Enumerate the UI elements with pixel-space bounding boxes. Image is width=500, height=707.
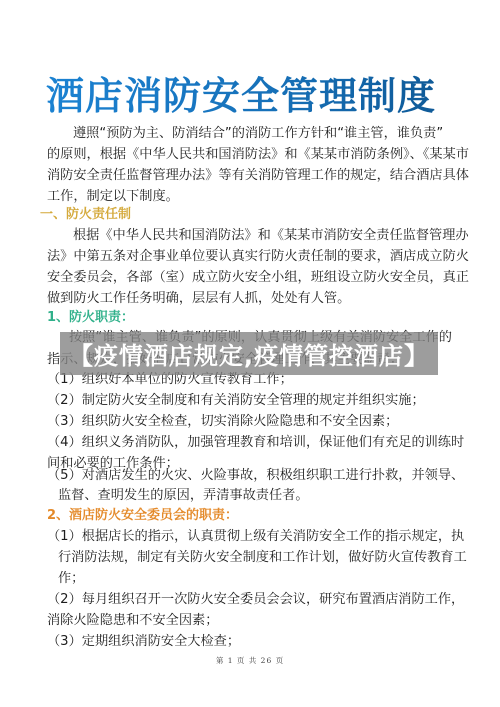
section1-paragraph-line: 法》中第五条对企事业单位要认真实行防火责任制的要求，酒店成立防火 bbox=[47, 247, 469, 267]
sub1-item: （5）对酒店发生的火灾、火险事故，积极组织职工进行扑救，并领导、 bbox=[47, 466, 464, 486]
sub2-item: （3）定期组织消防安全大检查； bbox=[47, 632, 240, 652]
section1-paragraph-line: 安全委员会，各部（室）成立防火安全小组，班组设立防火安全员，真正 bbox=[47, 268, 469, 288]
sub2-item: 行消防法规，制定有关防火安全制度和工作计划，做好防火宣传教育工 bbox=[58, 548, 467, 568]
document-title: 酒店消防安全管理制度 bbox=[46, 74, 466, 118]
sub2-item: 作； bbox=[58, 569, 84, 589]
page-footer: 第 1 页 共 26 页 bbox=[0, 655, 500, 666]
sub1-item: （3）组织防火安全检查，切实消除火险隐患和不安全因素； bbox=[47, 412, 398, 432]
sub1-item: 监督、查明发生的原因，弄清事故责任者。 bbox=[58, 486, 309, 506]
section1-paragraph-line: 根据《中华人民共和国消防法》和《某某市消防安全责任监督管理办 bbox=[73, 226, 469, 246]
overlay-banner-text: 【疫情酒店规定,疫情管控酒店】 bbox=[69, 336, 429, 371]
section1-paragraph-line: 做到防火工作任务明确，层层有人抓，处处有人管。 bbox=[47, 289, 350, 309]
intro-line: 的原则，根据《中华人民共和国消防法》和《某某市消防条例》、《某某市 bbox=[47, 145, 469, 165]
sub2-item: 消除火险隐患和不安全因素； bbox=[47, 611, 218, 631]
intro-line: 工作，制定以下制度。 bbox=[47, 187, 179, 207]
section1-heading: 一、防火责任制 bbox=[40, 205, 131, 225]
intro-line: 消防安全责任监督管理办法》等有关消防管理工作的规定，结合酒店具体 bbox=[47, 166, 469, 186]
intro-line: 遵照“预防为主、防消结合”的消防工作方针和“谁主管，谁负责” bbox=[73, 124, 443, 144]
sub2-item: （1）根据店长的指示，认真贯彻上级有关消防安全工作的指示规定，执 bbox=[47, 527, 464, 547]
sub1-item: （4）组织义务消防队，加强管理教育和培训，保证他们有充足的训练时 bbox=[47, 433, 464, 453]
sub1-heading: 1、防火职责： bbox=[47, 308, 134, 328]
sub2-heading: 2、酒店防火安全委员会的职责： bbox=[47, 506, 238, 526]
sub2-item: （2）每月组织召开一次防火安全委员会会议，研究布置酒店消防工作， bbox=[47, 590, 464, 610]
sub1-item: （2）制定防火安全制度和有关消防安全管理的规定并组织实施； bbox=[47, 391, 425, 411]
overlay-banner: 【疫情酒店规定,疫情管控酒店】 bbox=[60, 332, 438, 375]
